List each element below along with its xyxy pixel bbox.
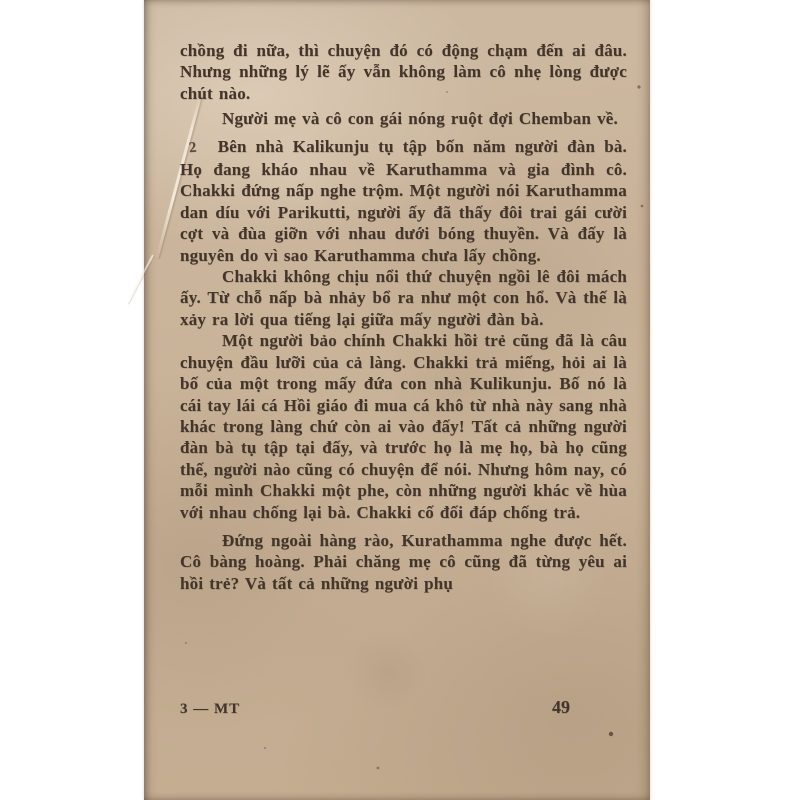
page-footer: 3 — MT 49 bbox=[180, 697, 627, 718]
paragraph: Đứng ngoài hàng rào, Kurathamma nghe đượ… bbox=[180, 530, 627, 594]
page-number: 49 bbox=[552, 697, 570, 718]
section-marker: 2 bbox=[188, 137, 198, 159]
paragraph-continuation: chồng đi nữa, thì chuyện đó có động chạm… bbox=[180, 40, 627, 104]
paragraph: Một người bảo chính Chakki hồi trẻ cũng … bbox=[180, 330, 627, 523]
paragraph-text: Bên nhà Kalikunju tụ tập bốn năm người đ… bbox=[180, 137, 627, 265]
paragraph-section-start: 2Bên nhà Kalikunju tụ tập bốn năm người … bbox=[180, 136, 627, 266]
book-page: chồng đi nữa, thì chuyện đó có động chạm… bbox=[144, 0, 650, 800]
paper-crease-small bbox=[126, 255, 154, 305]
printer-signature-mark: 3 — MT bbox=[180, 701, 240, 718]
paragraph: Người mẹ và cô con gái nóng ruột đợi Che… bbox=[180, 108, 627, 129]
page-text: chồng đi nữa, thì chuyện đó có động chạm… bbox=[180, 40, 627, 594]
paragraph: Chakki không chịu nổi thứ chuyện ngồi lê… bbox=[180, 266, 627, 330]
scanned-book-photo: chồng đi nữa, thì chuyện đó có động chạm… bbox=[0, 0, 800, 800]
paper-specks bbox=[144, 0, 146, 2]
